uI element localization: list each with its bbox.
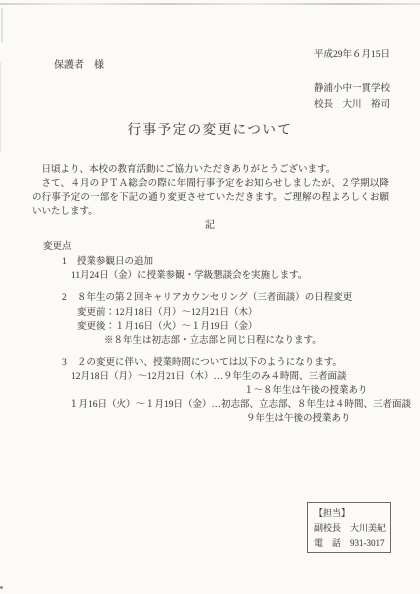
item-number: 1: [62, 256, 77, 268]
change-item-1: 1授業参観日の追加: [62, 256, 153, 268]
change-item-1-detail: 11月24日（金）に授業参観・学級懇談会を実施します。: [71, 270, 307, 282]
scan-streak: [0, 62, 1, 152]
document-title: 行事予定の変更について: [0, 118, 420, 138]
change-item-2-after: 変更後：１月16日（火）～１月19日（金）: [77, 321, 258, 333]
document-date: 平成29年６月15日: [314, 49, 390, 61]
contact-phone: 電 話 931-3017: [314, 536, 390, 551]
body-paragraphs: 日頃より、本校の教育活動にご協力いただきありがとうございます。 さて、４月のＰＴ…: [32, 164, 389, 220]
sender-block: 静浦小中一貫学校 校長 大川 裕司: [314, 82, 390, 113]
item-number: 2: [62, 292, 77, 304]
contact-label: 【担当】: [314, 506, 390, 521]
record-mark: 記: [0, 216, 420, 231]
change-item-3-schedule-dec-note: １～８年生は午後の授業あり: [244, 385, 368, 397]
scan-streak: [1, 8, 3, 42]
contact-box: 【担当】 副校長 大川美紀 電 話 931-3017: [307, 502, 391, 553]
change-item-3: 3２の変更に伴い、授業時間については以下のようになります。: [62, 357, 342, 369]
changes-heading: 変更点: [43, 241, 72, 253]
change-item-2-before: 変更前：12月18日（月）～12月21日（木）: [77, 307, 258, 319]
item-title: 授業参観日の追加: [77, 257, 153, 267]
change-item-2: 2８年生の第２回キャリアカウンセリング（三者面談）の日程変更: [62, 292, 352, 304]
greeting-paragraph: 日頃より、本校の教育活動にご協力いただきありがとうございます。: [32, 164, 389, 178]
item-title: ２の変更に伴い、授業時間については以下のようになります。: [77, 358, 342, 368]
scan-speck: [0, 586, 3, 589]
change-item-2-note: ※８年生は初志部・立志部と同じ日程になります。: [104, 335, 322, 347]
scanned-notice-page: 平成29年６月15日 保護者 様 静浦小中一貫学校 校長 大川 裕司 行事予定の…: [0, 0, 420, 594]
change-item-3-schedule-dec: 12月18日（月）～12月21日（木）…９年生のみ４時間、三者面談: [71, 371, 347, 383]
scan-edge-shadow: [0, 3, 420, 5]
contact-person: 副校長 大川美紀: [314, 521, 390, 536]
principal-name: 校長 大川 裕司: [314, 98, 390, 114]
change-item-3-schedule-jan-note: ９年生は午後の授業あり: [246, 413, 351, 425]
recipient-line: 保護者 様: [54, 60, 104, 72]
item-title: ８年生の第２回キャリアカウンセリング（三者面談）の日程変更: [77, 293, 352, 303]
main-paragraph: さて、４月のＰＴＡ総会の際に年間行事予定をお知らせしましたが、２学期以降の行事予…: [32, 178, 389, 220]
item-number: 3: [62, 357, 77, 369]
change-item-3-schedule-jan: １月16日（火）～１月19日（金）…初志部、立志部、８年生は４時間、三者面談: [69, 399, 411, 411]
school-name: 静浦小中一貫学校: [314, 82, 390, 98]
